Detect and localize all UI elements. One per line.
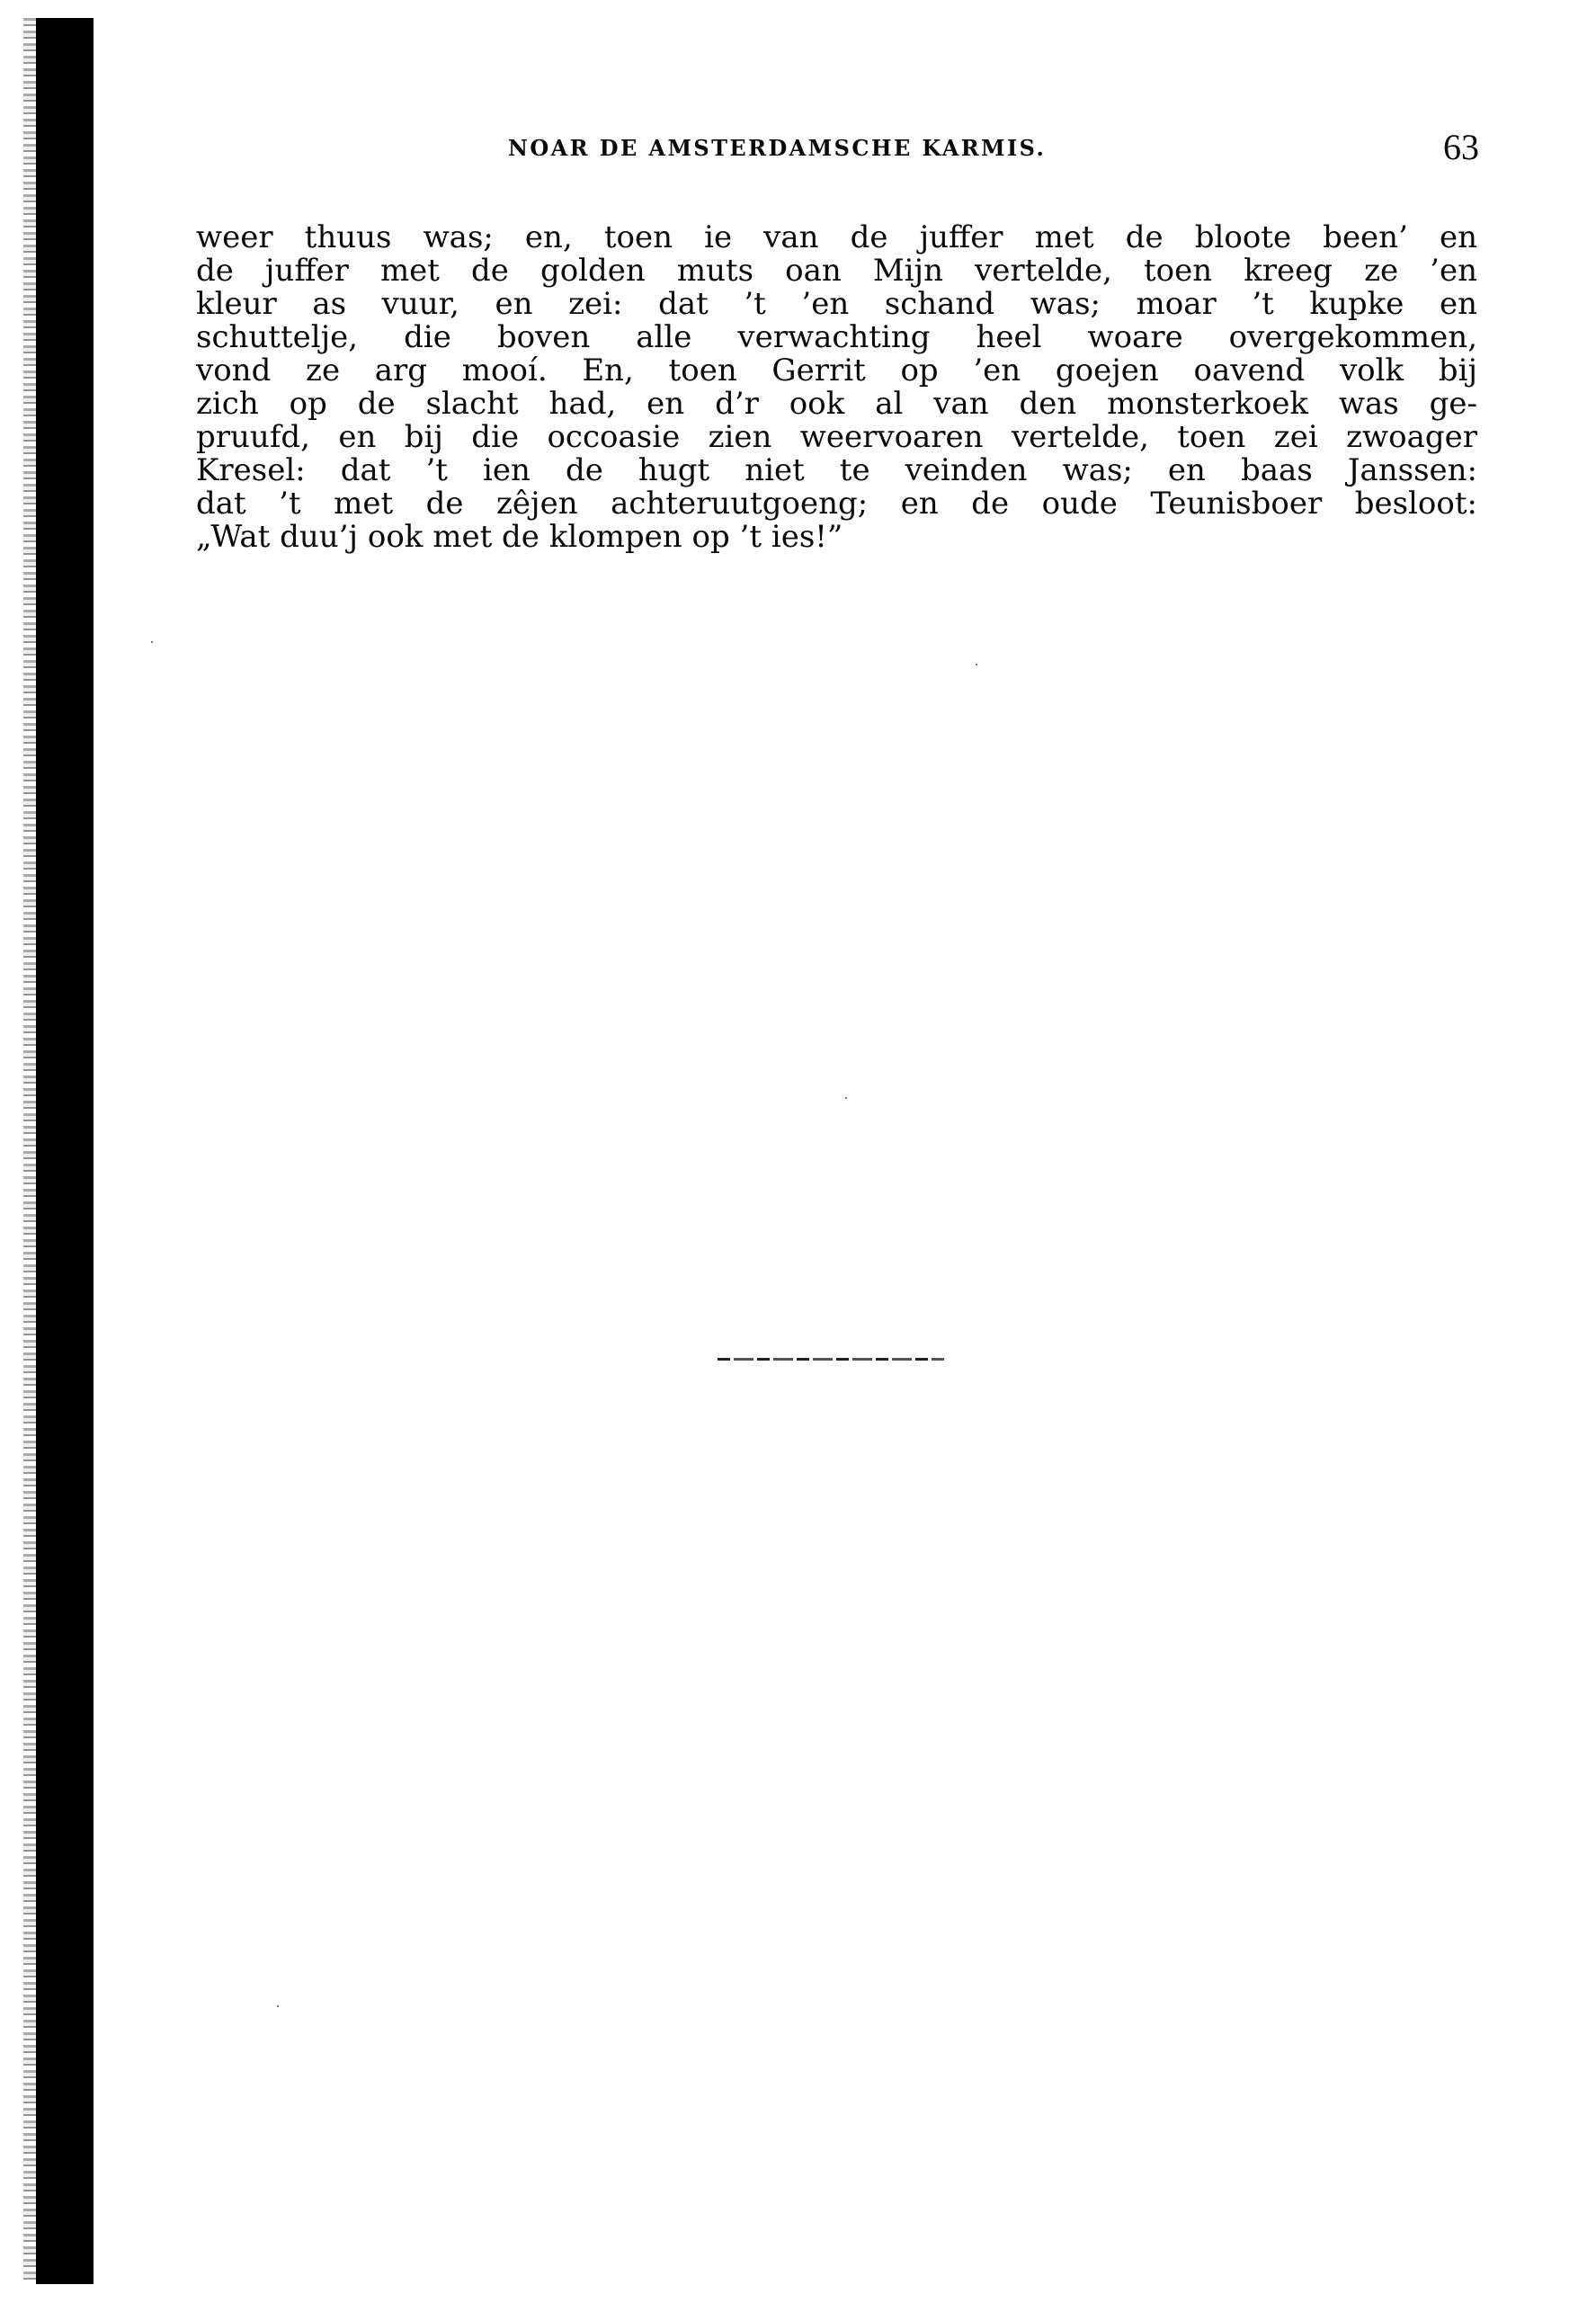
running-head: NOAR DE AMSTERDAMSCHE KARMIS. bbox=[508, 135, 1046, 161]
text-line-last: „Wat duu’j ook met de klompen op ’t ies!… bbox=[196, 521, 1477, 554]
text-line-content: zich op de slacht had, en d’r ook al van… bbox=[196, 388, 1477, 421]
text-line-content: kleur as vuur, en zei: dat ’t ’en schand… bbox=[196, 288, 1477, 321]
text-line: weer thuus was; en, toen ie van de juffe… bbox=[196, 221, 1477, 254]
text-line-content: de juffer met de golden muts oan Mijn ve… bbox=[196, 254, 1477, 288]
scan-speck bbox=[277, 2005, 279, 2007]
scan-binding-edge bbox=[36, 18, 94, 2284]
scan-speck bbox=[976, 664, 977, 665]
text-line: Kresel: dat ’t ien de hugt niet te veind… bbox=[196, 454, 1477, 487]
text-line-content: Kresel: dat ’t ien de hugt niet te veind… bbox=[196, 454, 1477, 487]
text-line-content: weer thuus was; en, toen ie van de juffe… bbox=[196, 221, 1477, 254]
text-line-content: schuttelje, die boven alle verwachting h… bbox=[196, 321, 1477, 354]
text-line-content: „Wat duu’j ook met de klompen op ’t ies!… bbox=[196, 521, 1477, 554]
text-line-content: vond ze arg mooí. En, toen Gerrit op ’en… bbox=[196, 354, 1477, 388]
text-line: kleur as vuur, en zei: dat ’t ’en schand… bbox=[196, 288, 1477, 321]
text-line: vond ze arg mooí. En, toen Gerrit op ’en… bbox=[196, 354, 1477, 388]
scan-speck bbox=[151, 641, 153, 643]
body-paragraph: weer thuus was; en, toen ie van de juffe… bbox=[196, 221, 1477, 554]
text-line: schuttelje, die boven alle verwachting h… bbox=[196, 321, 1477, 354]
text-line-content: pruufd, en bij die occoasie zien weervoa… bbox=[196, 421, 1477, 454]
section-end-rule bbox=[718, 1358, 944, 1361]
text-line-content: dat ’t met de zêjen achteruutgoeng; en d… bbox=[196, 487, 1477, 521]
text-line: de juffer met de golden muts oan Mijn ve… bbox=[196, 254, 1477, 288]
page-number: 63 bbox=[1443, 126, 1479, 168]
text-line: pruufd, en bij die occoasie zien weervoa… bbox=[196, 421, 1477, 454]
scan-speck bbox=[845, 1097, 847, 1099]
text-line: dat ’t met de zêjen achteruutgoeng; en d… bbox=[196, 487, 1477, 521]
text-line: zich op de slacht had, en d’r ook al van… bbox=[196, 388, 1477, 421]
